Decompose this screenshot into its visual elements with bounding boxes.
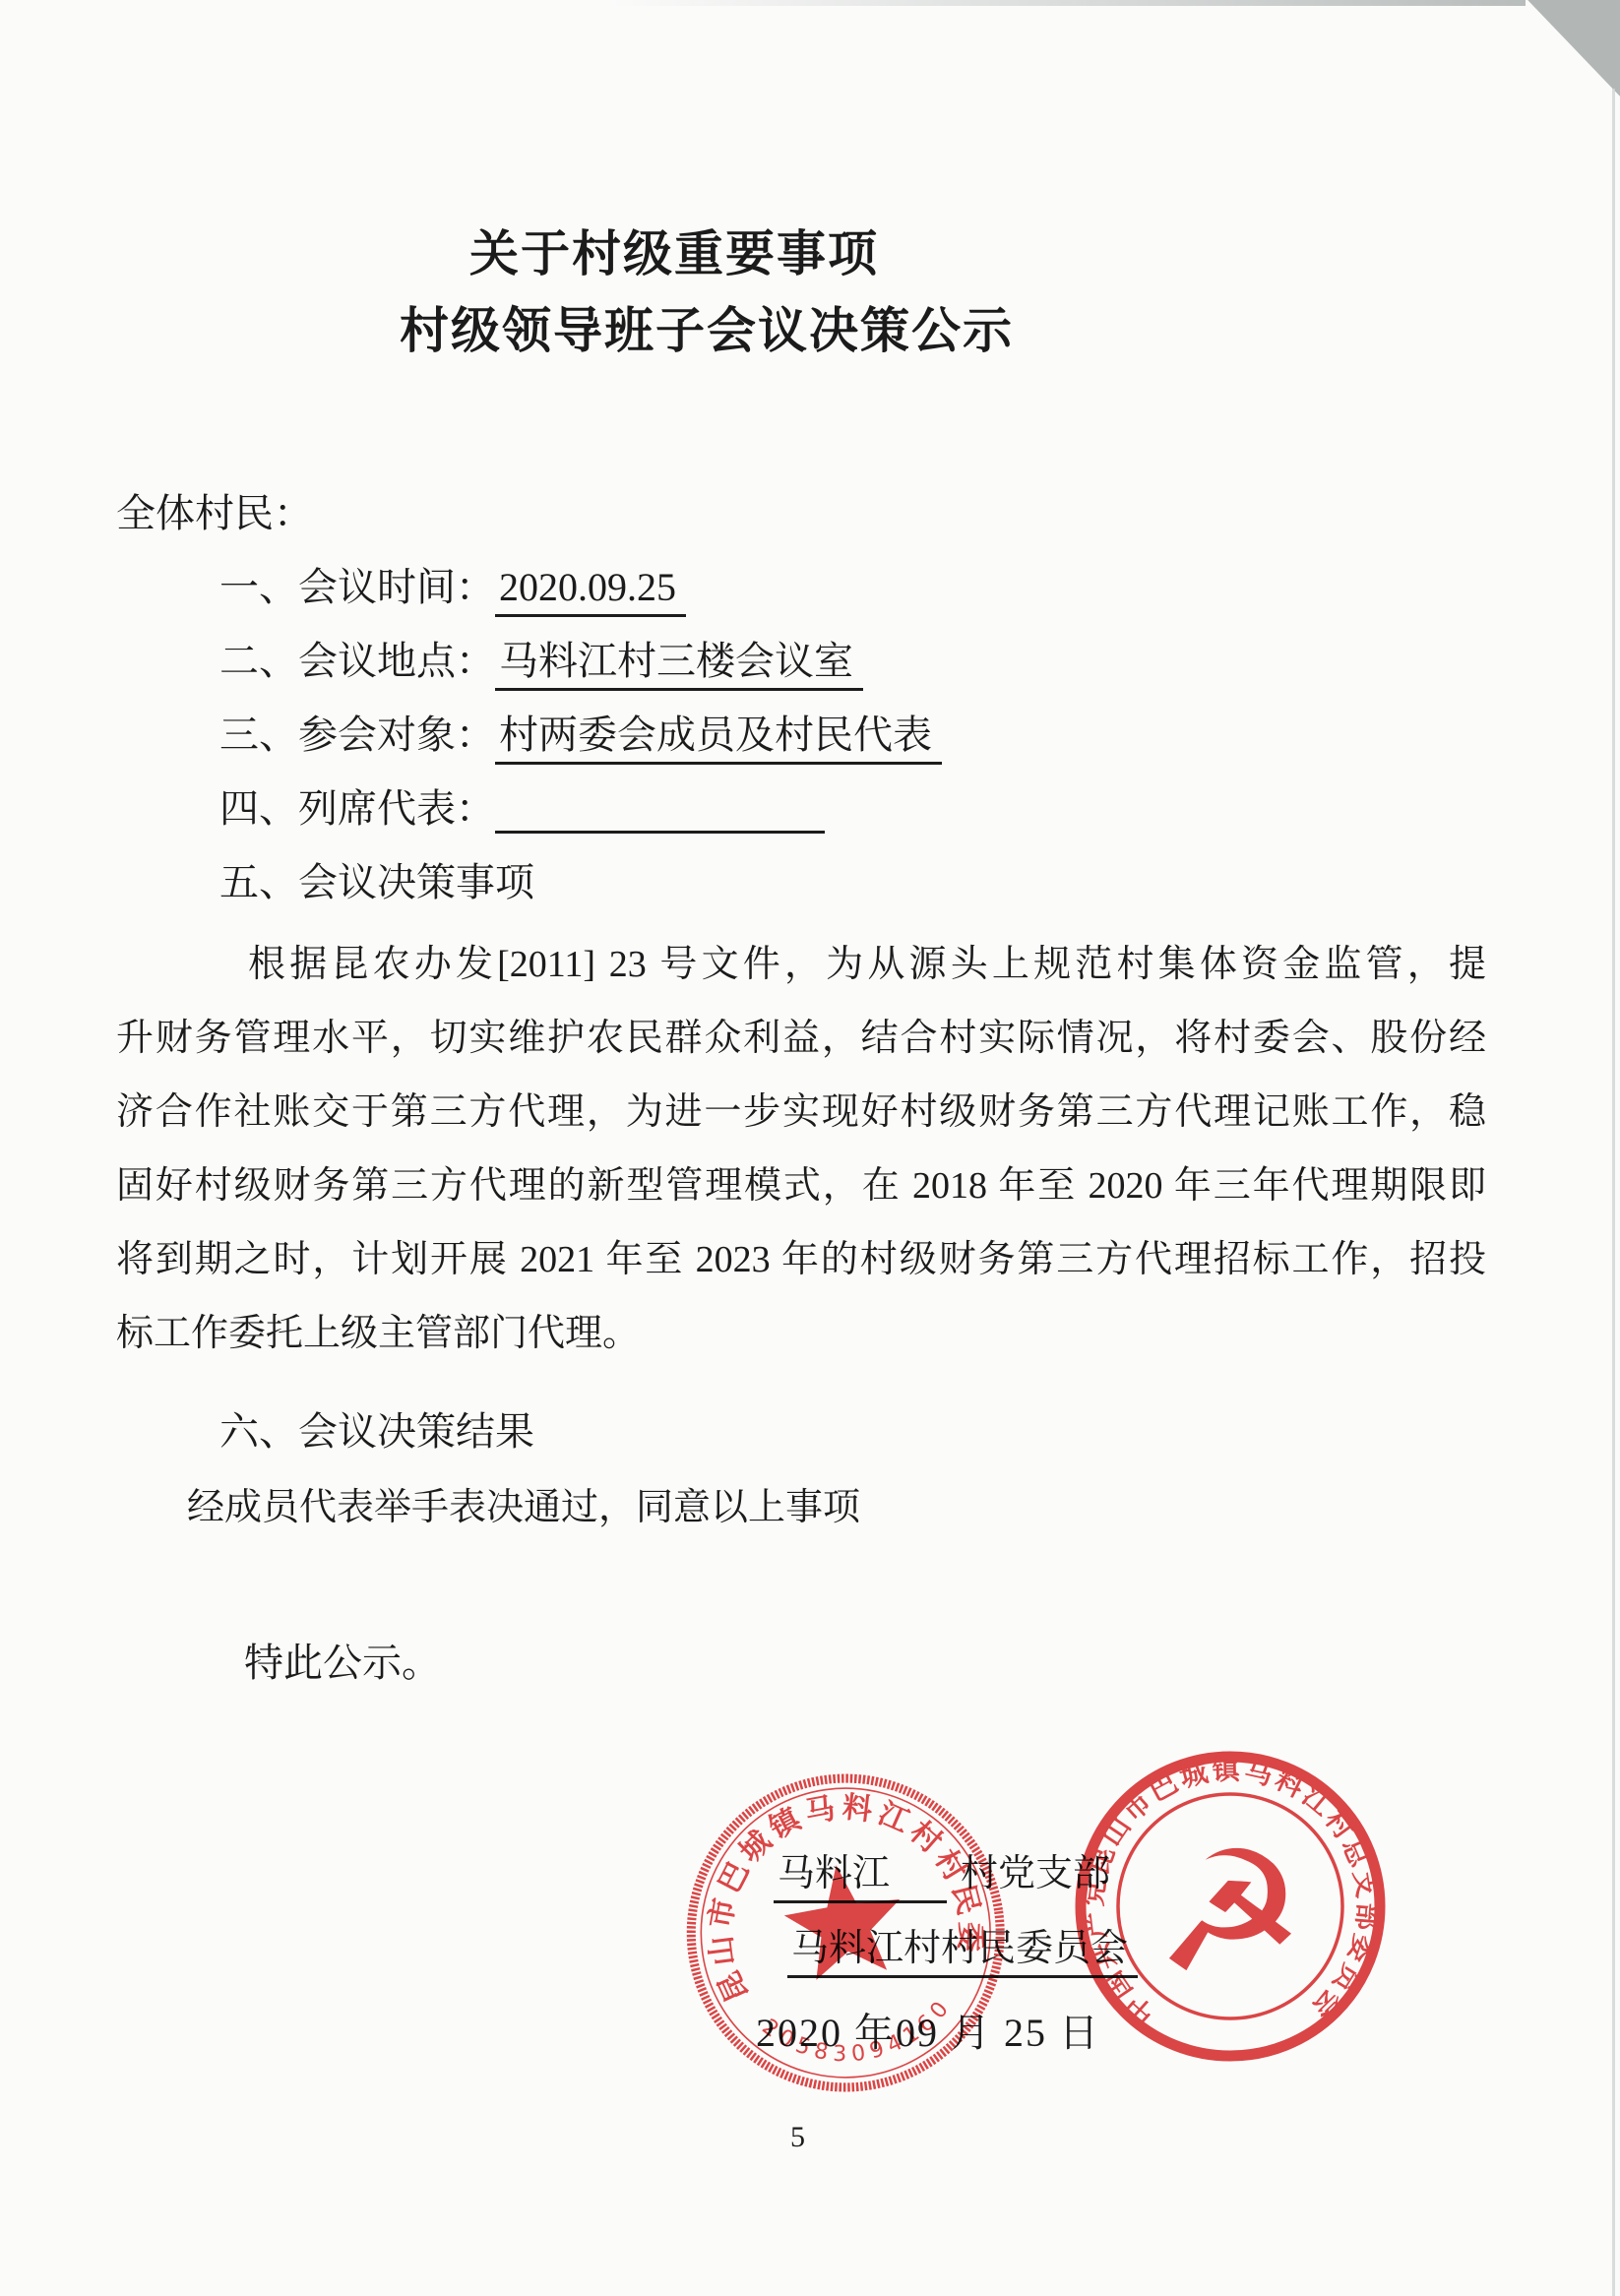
folded-corner-artifact bbox=[1520, 0, 1620, 100]
decision-paragraph-line: 济合作社账交于第三方代理，为进一步实现好村级财务第三方代理记账工作，稳 bbox=[116, 1081, 1486, 1135]
scanned-notice-page: 关于村级重要事项 村级领导班子会议决策公示 全体村民： 一、会议时间：2020.… bbox=[0, 0, 1620, 2296]
meeting-time-label: 一、会议时间： bbox=[219, 565, 495, 609]
red-star-icon bbox=[779, 1857, 909, 1983]
result-text: 经成员代表举手表决通过，同意以上事项 bbox=[187, 1476, 860, 1530]
page-number: 5 bbox=[790, 2121, 805, 2154]
meeting-place-label: 二、会议地点： bbox=[219, 639, 495, 683]
decision-paragraph-line: 固好村级财务第三方代理的新型管理模式，在 2018 年至 2020 年三年代理期… bbox=[116, 1154, 1486, 1209]
attendees-value: 村两委会成员及村民代表 bbox=[495, 713, 942, 765]
field-meeting-place: 二、会议地点：马料江村三楼会议室 bbox=[219, 630, 863, 686]
document-title-line-1: 关于村级重要事项 bbox=[469, 215, 879, 285]
observers-blank-line bbox=[495, 789, 825, 834]
observers-label: 四、列席代表： bbox=[219, 786, 495, 831]
result-heading: 六、会议决策结果 bbox=[219, 1400, 534, 1457]
document-title-line-2: 村级领导班子会议决策公示 bbox=[400, 291, 1014, 362]
field-meeting-time: 一、会议时间：2020.09.25 bbox=[219, 556, 686, 612]
field-observers: 四、列席代表： bbox=[219, 777, 825, 834]
meeting-place-value: 马料江村三楼会议室 bbox=[495, 639, 863, 691]
scan-top-edge-shadow bbox=[610, 0, 1526, 6]
attendees-label: 三、参会对象： bbox=[219, 713, 495, 757]
salutation: 全体村民： bbox=[116, 482, 313, 538]
meeting-time-value: 2020.09.25 bbox=[495, 565, 686, 617]
closing-statement: 特此公示。 bbox=[244, 1632, 441, 1688]
hammer-sickle-icon: ☭ bbox=[1155, 1816, 1305, 2011]
scan-right-edge-line bbox=[1612, 89, 1615, 2296]
decision-paragraph-line: 标工作委托上级主管部门代理。 bbox=[116, 1302, 1486, 1356]
village-committee-stamp: 昆山市巴城镇马料江村村民委员会 205830941600 bbox=[660, 1750, 1032, 2119]
party-branch-stamp: 中国共产党昆山市巴城镇马料江村总支部委员会 ☭ bbox=[1068, 1744, 1393, 2069]
decision-paragraph-line: 根据昆农办发[2011] 23 号文件，为从源头上规范村集体资金监管，提 bbox=[116, 933, 1486, 987]
decision-items-heading: 五、会议决策事项 bbox=[219, 851, 534, 907]
decision-paragraph-line: 升财务管理水平，切实维护农民群众利益，结合村实际情况，将村委会、股份经 bbox=[116, 1007, 1486, 1061]
decision-paragraph-line: 将到期之时，计划开展 2021 年至 2023 年的村级财务第三方代理招标工作，… bbox=[116, 1228, 1486, 1282]
field-attendees: 三、参会对象：村两委会成员及村民代表 bbox=[219, 704, 942, 760]
